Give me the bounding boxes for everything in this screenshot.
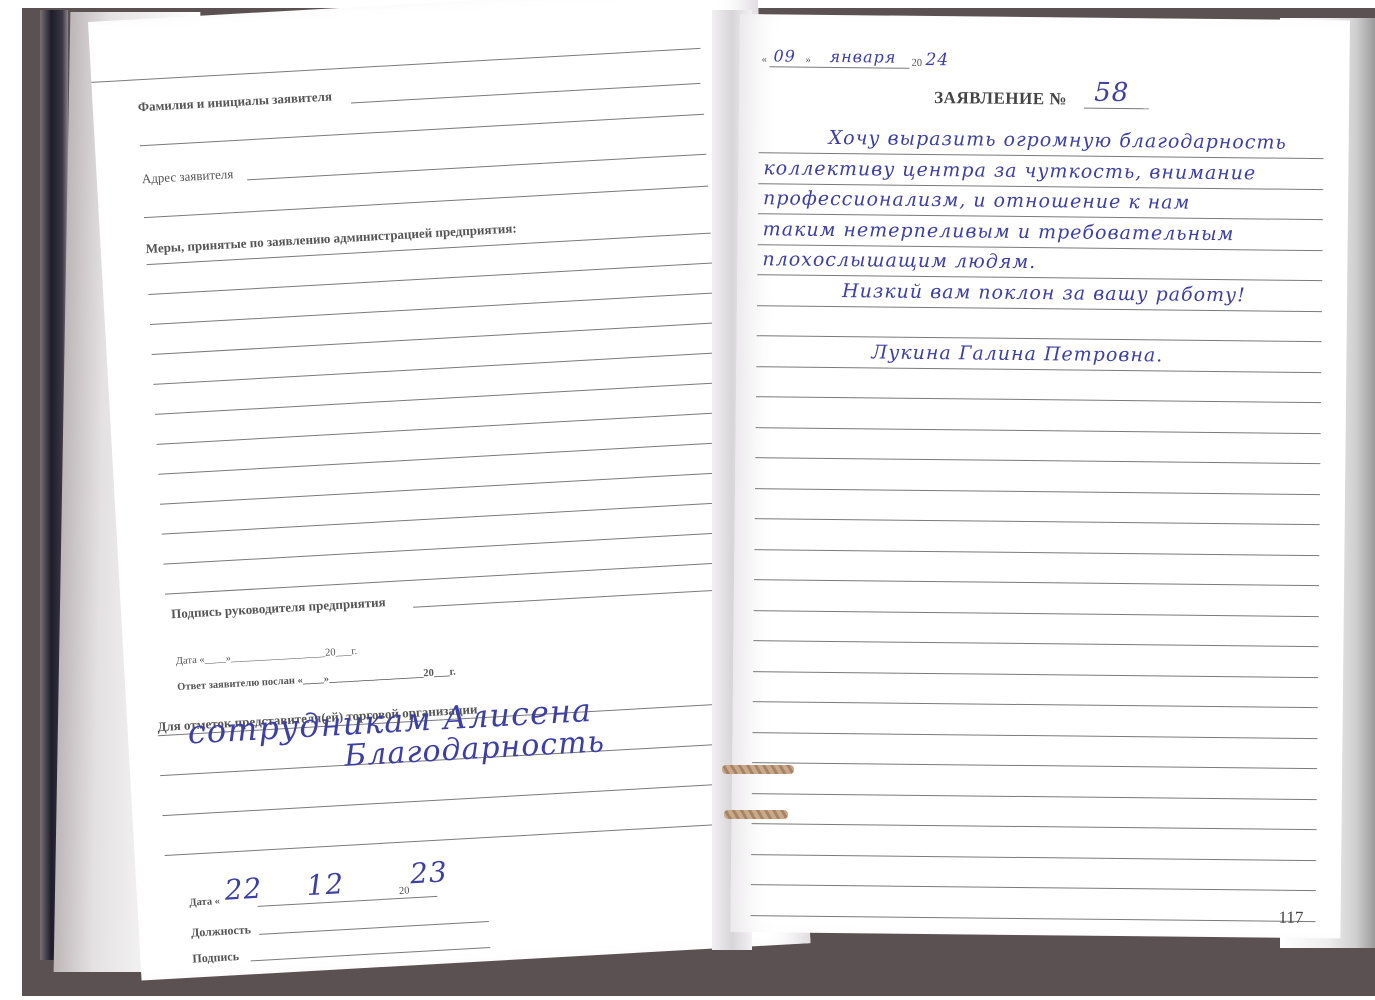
rule-line: [165, 562, 729, 595]
statement-title: ЗАЯВЛЕНИЕ №: [934, 88, 1067, 109]
rule-line: [756, 427, 1321, 434]
signature-label: Подпись: [192, 949, 239, 967]
handwritten-date-month: 12: [306, 867, 345, 902]
handwritten-signature: Лукина Галина Петровна.: [871, 341, 1163, 366]
rule-line: [155, 382, 719, 415]
handwritten-body-line: коллективу центра за чуткость, внимание: [763, 157, 1256, 184]
handwritten-year: 24: [925, 50, 949, 70]
handwritten-body-line: Хочу выразить огромную благодарность: [829, 127, 1287, 154]
handwritten-day: 09: [773, 46, 796, 65]
rule-line: [148, 263, 712, 296]
signature-line: [251, 947, 491, 961]
rule-line: [753, 671, 1318, 678]
rule-line: [91, 48, 700, 83]
rule-line: [755, 518, 1320, 525]
rule-line: [757, 335, 1322, 342]
manager-signature-label: Подпись руководителя предприятия: [171, 594, 386, 622]
rule-line: [751, 884, 1316, 891]
rule-line: [751, 854, 1316, 861]
rule-line: [752, 732, 1317, 739]
reply-sent-label: Ответ заявителю послан «____»___________…: [177, 666, 456, 693]
date-line: [258, 896, 438, 907]
handwritten-date-day: 22: [224, 872, 263, 907]
rule-line: [754, 549, 1319, 556]
rule-line: [153, 352, 717, 385]
rule-line: [163, 532, 727, 565]
rule-line: [754, 610, 1319, 617]
applicant-address-label: Адрес заявителя: [141, 166, 233, 187]
handwritten-body-line: Низкий вам поклон за вашу работу!: [842, 280, 1246, 306]
rule-line: [150, 292, 714, 325]
rule-line: [160, 472, 724, 505]
measures-label: Меры, принятые по заявлению администраци…: [145, 220, 517, 257]
applicant-name-line: [351, 83, 701, 104]
year-prefix: 20: [911, 58, 922, 69]
rule-line: [752, 762, 1317, 769]
rule-line: [753, 701, 1318, 708]
rule-line: [162, 782, 751, 816]
rule-line: [162, 502, 726, 535]
binding-cord: [724, 810, 788, 819]
rule-line: [753, 640, 1318, 647]
rule-line: [752, 793, 1317, 800]
date-label: Дата «: [189, 896, 220, 909]
handwritten-body-line: таким нетерпеливым и требовательным: [763, 218, 1235, 245]
rule-line: [755, 488, 1320, 495]
rule-line: [157, 412, 721, 445]
date-line: [769, 66, 909, 68]
page-number: 117: [1278, 908, 1303, 928]
position-line: [259, 921, 489, 935]
binding-cord: [722, 765, 794, 774]
left-page: Фамилия и инициалы заявителя Адрес заяви…: [88, 0, 811, 981]
handwritten-body-line: профессионализм, и отношение к нам: [763, 187, 1190, 213]
position-label: Должность: [191, 922, 252, 940]
applicant-address-line: [247, 154, 706, 181]
year-prefix: 20: [399, 885, 410, 897]
statement-number-line: [1084, 108, 1149, 110]
date-open-quote: «: [761, 54, 766, 65]
rule-line: [755, 457, 1320, 464]
rule-line: [751, 915, 1316, 922]
rule-line: [144, 186, 708, 219]
rule-line: [165, 822, 754, 856]
rule-line: [756, 396, 1321, 403]
handwritten-month: января: [829, 47, 896, 67]
statement-number: 58: [1094, 78, 1129, 108]
rule-line: [754, 579, 1319, 586]
rule-line: [158, 442, 722, 475]
right-page: « 09 » января 20 24 ЗАЯВЛЕНИЕ № 58 Хочу …: [730, 14, 1350, 938]
handwritten-date-year: 23: [409, 855, 448, 890]
applicant-name-label: Фамилия и инициалы заявителя: [137, 89, 332, 116]
manager-signature-line: [413, 589, 733, 608]
handwritten-body-line: плохослышащим людям.: [762, 248, 1036, 273]
date-close-quote: »: [805, 55, 810, 66]
rule-line: [756, 366, 1321, 373]
rule-line: [152, 322, 716, 355]
rule-line: [752, 823, 1317, 830]
rule-line: [140, 114, 704, 147]
date-line-label: Дата «____»__________________20___г.: [176, 646, 358, 667]
